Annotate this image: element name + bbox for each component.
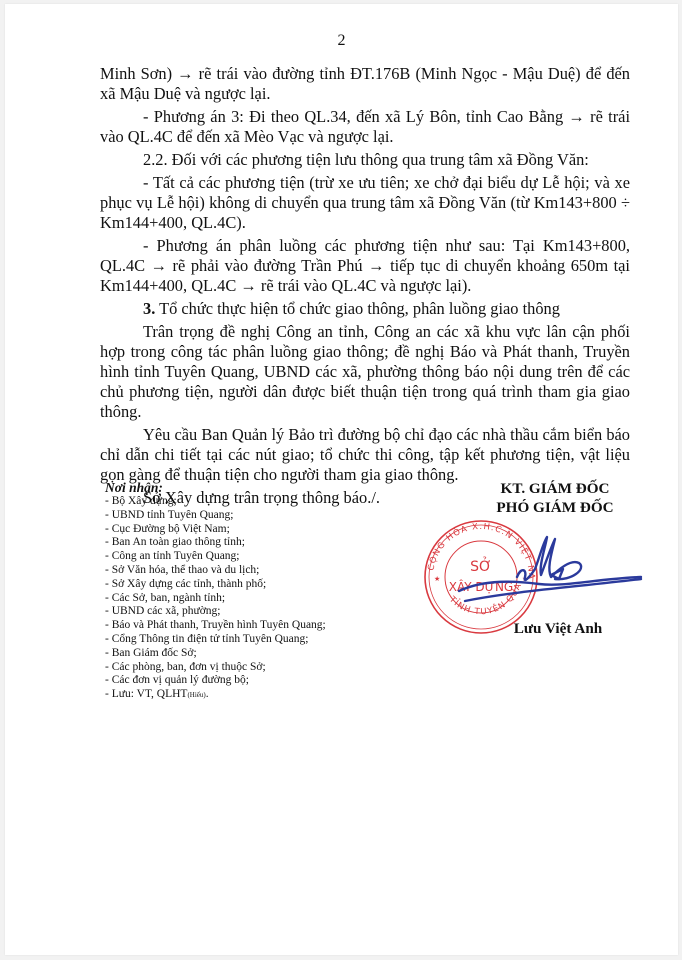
signature-title: KT. GIÁM ĐỐC PHÓ GIÁM ĐỐC: [475, 479, 635, 517]
archive-end: .: [206, 688, 209, 700]
recipient-item: - Công an tỉnh Tuyên Quang;: [105, 550, 405, 564]
paragraph: Minh Sơn) → rẽ trái vào đường tỉnh ĐT.17…: [100, 64, 630, 104]
recipient-item: - Cổng Thông tin điện tử tỉnh Tuyên Quan…: [105, 633, 405, 647]
signer-name: Lưu Việt Anh: [483, 620, 633, 638]
paragraph: - Phương án 3: Đi theo QL.34, đến xã Lý …: [100, 107, 630, 147]
recipient-item-archive: - Lưu: VT, QLHT(Hiếu).: [105, 688, 405, 703]
recipient-item: - Ban An toàn giao thông tỉnh;: [105, 536, 405, 550]
recipients-title: Nơi nhận:: [105, 480, 405, 495]
archive-label: - Lưu: VT, QLHT: [105, 688, 187, 700]
archive-author: (Hiếu): [187, 691, 205, 699]
signature-title-line1: KT. GIÁM ĐỐC: [475, 479, 635, 498]
section-title: Tổ chức thực hiện tổ chức giao thông, ph…: [155, 299, 560, 318]
paragraph: - Tất cả các phương tiện (trừ xe ưu tiên…: [100, 173, 630, 233]
section-heading: 3. Tổ chức thực hiện tổ chức giao thông,…: [100, 299, 630, 319]
recipient-item: - UBND các xã, phường;: [105, 605, 405, 619]
recipients-list: Nơi nhận: - Bộ Xây dựng; - UBND tỉnh Tuy…: [105, 480, 405, 703]
recipient-item: - Các Sở, ban, ngành tỉnh;: [105, 592, 405, 606]
signature-icon: [455, 529, 645, 619]
section-heading: 2.2. Đối với các phương tiện lưu thông q…: [100, 150, 630, 170]
page-number: 2: [5, 32, 678, 50]
recipient-item: - Sở Văn hóa, thể thao và du lịch;: [105, 564, 405, 578]
recipient-item: - Báo và Phát thanh, Truyền hình Tuyên Q…: [105, 619, 405, 633]
section-number: 3.: [143, 299, 155, 318]
paragraph: - Phương án phân luồng các phương tiện n…: [100, 236, 630, 296]
recipient-item: - Các đơn vị quản lý đường bộ;: [105, 674, 405, 688]
document-page: 2 Minh Sơn) → rẽ trái vào đường tỉnh ĐT.…: [5, 4, 678, 955]
paragraph: Yêu cầu Ban Quản lý Bảo trì đường bộ chỉ…: [100, 425, 630, 485]
recipient-item: - Ban Giám đốc Sở;: [105, 647, 405, 661]
recipient-item: - Bộ Xây dựng;: [105, 495, 405, 509]
recipient-item: - Sở Xây dựng các tỉnh, thành phố;: [105, 578, 405, 592]
recipient-item: - UBND tỉnh Tuyên Quang;: [105, 509, 405, 523]
recipient-item: - Các phòng, ban, đơn vị thuộc Sở;: [105, 661, 405, 675]
svg-text:★: ★: [434, 575, 440, 583]
paragraph: Trân trọng đề nghị Công an tỉnh, Công an…: [100, 322, 630, 422]
document-body: Minh Sơn) → rẽ trái vào đường tỉnh ĐT.17…: [100, 64, 630, 511]
recipient-item: - Cục Đường bộ Việt Nam;: [105, 523, 405, 537]
